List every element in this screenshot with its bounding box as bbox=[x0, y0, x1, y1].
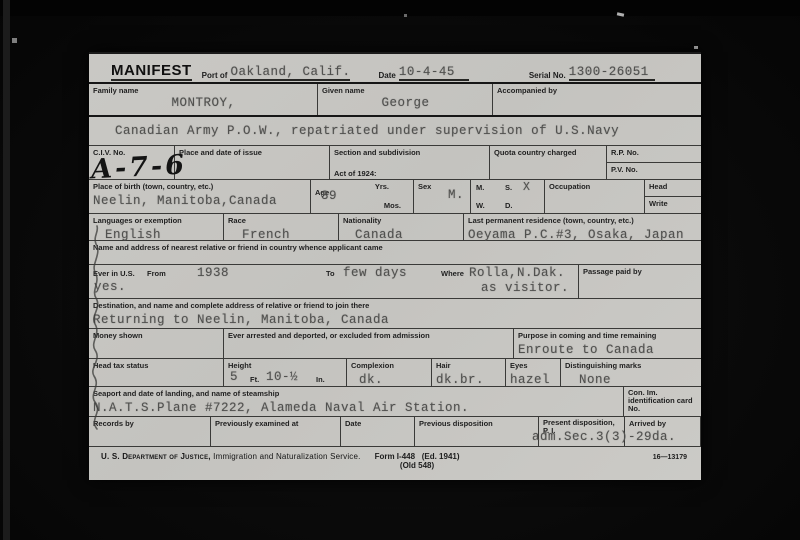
serial-label: Serial No. bbox=[529, 71, 566, 80]
nationality-value: Canada bbox=[355, 228, 403, 242]
head-label: Head bbox=[649, 182, 698, 191]
dust-speck bbox=[617, 12, 624, 16]
seaport-value: N.A.T.S.Plane #7222, Alameda Naval Air S… bbox=[93, 401, 469, 415]
married-label: M. bbox=[476, 183, 484, 192]
divorced-label: D. bbox=[505, 201, 513, 210]
arrived-by-label: Arrived by bbox=[629, 419, 697, 428]
accompanied-by-cell: Accompanied by bbox=[493, 84, 701, 115]
quota-country-label: Quota country charged bbox=[494, 148, 603, 157]
present-disposition-value: adm.Sec.3(3)-29da. bbox=[532, 430, 676, 444]
previously-examined-label: Previously examined at bbox=[215, 419, 337, 428]
nationality-cell: Nationality Canada bbox=[339, 214, 464, 240]
complexion-label: Complexion bbox=[351, 361, 428, 370]
hair-cell: Hair dk.br. bbox=[432, 359, 506, 386]
previously-examined-cell: Previously examined at bbox=[211, 417, 341, 446]
film-top-band bbox=[0, 0, 800, 16]
write-label: Write bbox=[649, 199, 698, 208]
occupation-cell: Occupation bbox=[545, 180, 645, 213]
manifest-card: MANIFEST Port of Oakland, Calif. Date 10… bbox=[89, 52, 701, 480]
where-value-line2: as visitor. bbox=[481, 281, 569, 295]
records-date-cell: Date bbox=[341, 417, 415, 446]
where-value: Rolla,N.Dak. bbox=[469, 266, 565, 280]
marital-status-cell: M. S. X W. D. bbox=[471, 180, 545, 213]
destination-value: Returning to Neelin, Manitoba, Canada bbox=[93, 313, 389, 327]
nearest-relative-cell: Name and address of nearest relative or … bbox=[89, 241, 701, 264]
ever-arrested-cell: Ever arrested and deported, or excluded … bbox=[224, 329, 514, 358]
date-value: 10-4-45 bbox=[399, 65, 469, 81]
previous-disposition-label: Previous disposition bbox=[419, 419, 535, 428]
act-of-1924-label: Act of 1924: bbox=[334, 169, 377, 178]
last-residence-value: Oeyama P.C.#3, Osaka, Japan bbox=[468, 228, 684, 242]
eyes-value: hazel bbox=[510, 373, 550, 387]
height-cell: Height 5 Ft. 10-½ In. bbox=[224, 359, 347, 386]
last-residence-label: Last permanent residence (town, country,… bbox=[468, 216, 698, 225]
pv-no-label: P.V. No. bbox=[611, 165, 698, 174]
from-label: From bbox=[147, 269, 166, 278]
distinguishing-marks-value: None bbox=[579, 373, 611, 387]
place-date-issue-label: Place and date of issue bbox=[179, 148, 326, 157]
rp-no-label: R.P. No. bbox=[611, 148, 698, 157]
birth-row: Place of birth (town, country, etc.) Nee… bbox=[89, 180, 701, 214]
form-title: MANIFEST bbox=[111, 62, 192, 81]
agency-name: U. S. Department of Justice, bbox=[101, 452, 211, 461]
purpose-cell: Purpose in coming and time remaining Enr… bbox=[514, 329, 701, 358]
records-row: Records by Previously examined at Date P… bbox=[89, 417, 701, 447]
race-value: French bbox=[242, 228, 290, 242]
agency-line: U. S. Department of Justice, Immigration… bbox=[101, 452, 361, 482]
dust-speck bbox=[404, 14, 407, 17]
identification-card-cell: Con. Im. identification card No. bbox=[624, 387, 701, 416]
complexion-value: dk. bbox=[359, 373, 383, 387]
family-name-label: Family name bbox=[93, 86, 314, 95]
passage-paid-cell: Passage paid by bbox=[579, 265, 701, 298]
records-by-cell: Records by bbox=[89, 417, 211, 446]
place-date-issue-cell: Place and date of issue bbox=[175, 146, 330, 179]
date-label: Date bbox=[378, 71, 395, 80]
ever-in-us-cell: Ever in U.S. From 1938 To few days Where… bbox=[89, 265, 579, 298]
destination-label: Destination, and name and complete addre… bbox=[93, 301, 698, 310]
head-write-cell: Head Write bbox=[645, 180, 701, 213]
height-ft-value: 5 bbox=[230, 370, 238, 384]
section-subdivision-cell: Section and subdivision Act of 1924: bbox=[330, 146, 490, 179]
to-label: To bbox=[326, 269, 335, 278]
last-residence-cell: Last permanent residence (town, country,… bbox=[464, 214, 701, 240]
form-number: Form I-448 bbox=[375, 452, 415, 461]
nationality-label: Nationality bbox=[343, 216, 460, 225]
ever-arrested-label: Ever arrested and deported, or excluded … bbox=[228, 331, 510, 340]
header-row: MANIFEST Port of Oakland, Calif. Date 10… bbox=[89, 54, 701, 84]
where-label: Where bbox=[441, 269, 464, 278]
purpose-label: Purpose in coming and time remaining bbox=[518, 331, 698, 340]
languages-cell: Languages or exemption English bbox=[89, 214, 224, 240]
nearest-relative-row: Name and address of nearest relative or … bbox=[89, 241, 701, 265]
family-name-value: MONTROY, bbox=[93, 96, 314, 110]
ever-in-us-row: Ever in U.S. From 1938 To few days Where… bbox=[89, 265, 701, 299]
place-of-birth-label: Place of birth (town, country, etc.) bbox=[93, 182, 307, 191]
print-code: 16—13179 bbox=[653, 452, 687, 482]
records-date-label: Date bbox=[345, 419, 411, 428]
in-label: In. bbox=[316, 375, 325, 384]
distinguishing-marks-label: Distinguishing marks bbox=[565, 361, 698, 370]
serial-value: 1300-26051 bbox=[569, 65, 655, 81]
widowed-label: W. bbox=[476, 201, 485, 210]
civ-no-label: C.I.V. No. bbox=[93, 148, 171, 157]
to-value: few days bbox=[343, 266, 407, 280]
seaport-row: Seaport and date of landing, and name of… bbox=[89, 387, 701, 417]
identification-card-label: Con. Im. identification card No. bbox=[628, 389, 698, 413]
age-cell: Age Yrs. Mos. 39 bbox=[311, 180, 414, 213]
hair-value: dk.br. bbox=[436, 373, 484, 387]
distinguishing-marks-cell: Distinguishing marks None bbox=[561, 359, 701, 386]
hair-label: Hair bbox=[436, 361, 502, 370]
language-row: Languages or exemption English Race Fren… bbox=[89, 214, 701, 241]
languages-label: Languages or exemption bbox=[93, 216, 220, 225]
purpose-value: Enroute to Canada bbox=[518, 343, 654, 357]
money-shown-label: Money shown bbox=[93, 331, 220, 340]
seaport-label: Seaport and date of landing, and name of… bbox=[93, 389, 620, 398]
eyes-cell: Eyes hazel bbox=[506, 359, 561, 386]
sex-cell: Sex M. bbox=[414, 180, 471, 213]
destination-cell: Destination, and name and complete addre… bbox=[89, 299, 701, 328]
port-value: Oakland, Calif. bbox=[230, 65, 350, 81]
records-by-label: Records by bbox=[93, 419, 207, 428]
headtax-row: Head tax status Height 5 Ft. 10-½ In. Co… bbox=[89, 359, 701, 387]
money-row: Money shown Ever arrested and deported, … bbox=[89, 329, 701, 359]
remark-line: Canadian Army P.O.W., repatriated under … bbox=[89, 124, 619, 138]
languages-value: English bbox=[105, 228, 161, 242]
money-shown-cell: Money shown bbox=[89, 329, 224, 358]
previous-disposition-cell: Previous disposition bbox=[415, 417, 539, 446]
scan-background: MANIFEST Port of Oakland, Calif. Date 10… bbox=[0, 0, 800, 540]
single-label: S. bbox=[505, 183, 512, 192]
occupation-label: Occupation bbox=[549, 182, 641, 191]
margin-handwriting-squiggle bbox=[87, 224, 105, 439]
ft-label: Ft. bbox=[250, 375, 259, 384]
head-tax-cell: Head tax status bbox=[89, 359, 224, 386]
port-label: Port of bbox=[202, 71, 228, 80]
accompanied-by-label: Accompanied by bbox=[497, 86, 698, 95]
rp-pv-cell: R.P. No. P.V. No. bbox=[607, 146, 701, 179]
single-checkmark: X bbox=[523, 181, 530, 194]
seaport-cell: Seaport and date of landing, and name of… bbox=[89, 387, 624, 416]
family-name-cell: Family name MONTROY, bbox=[89, 84, 318, 115]
nearest-relative-label: Name and address of nearest relative or … bbox=[93, 243, 698, 252]
form-edition: (Ed. 1941) bbox=[422, 452, 460, 461]
given-name-value: George bbox=[322, 96, 489, 110]
complexion-cell: Complexion dk. bbox=[347, 359, 432, 386]
given-name-cell: Given name George bbox=[318, 84, 493, 115]
yrs-label: Yrs. bbox=[375, 182, 389, 191]
age-value: 39 bbox=[321, 189, 337, 203]
place-of-birth-cell: Place of birth (town, country, etc.) Nee… bbox=[89, 180, 311, 213]
height-label: Height bbox=[228, 361, 343, 370]
dust-speck bbox=[694, 46, 698, 49]
section-subdivision-label: Section and subdivision bbox=[334, 148, 486, 157]
from-value: 1938 bbox=[197, 266, 229, 280]
civ-row: C.I.V. No. Place and date of issue Secti… bbox=[89, 146, 701, 180]
agency-service: Immigration and Naturalization Service. bbox=[211, 452, 361, 461]
name-row: Family name MONTROY, Given name George A… bbox=[89, 84, 701, 117]
race-cell: Race French bbox=[224, 214, 339, 240]
dust-speck bbox=[12, 38, 17, 43]
quota-country-cell: Quota country charged bbox=[490, 146, 607, 179]
film-edge bbox=[3, 0, 10, 540]
mos-label: Mos. bbox=[384, 201, 401, 210]
eyes-label: Eyes bbox=[510, 361, 557, 370]
form-old-number: (Old 548) bbox=[400, 461, 434, 470]
footer-row: U. S. Department of Justice, Immigration… bbox=[89, 447, 701, 482]
sex-value: M. bbox=[448, 188, 464, 202]
passage-paid-label: Passage paid by bbox=[583, 267, 698, 276]
remark-row: Canadian Army P.O.W., repatriated under … bbox=[89, 117, 701, 146]
form-number-block: Form I-448 (Ed. 1941) (Old 548) bbox=[375, 452, 460, 482]
given-name-label: Given name bbox=[322, 86, 489, 95]
height-in-value: 10-½ bbox=[266, 370, 298, 384]
head-tax-label: Head tax status bbox=[93, 361, 220, 370]
race-label: Race bbox=[228, 216, 335, 225]
place-of-birth-value: Neelin, Manitoba,Canada bbox=[93, 194, 277, 208]
destination-row: Destination, and name and complete addre… bbox=[89, 299, 701, 329]
civ-no-cell: C.I.V. No. bbox=[89, 146, 175, 179]
